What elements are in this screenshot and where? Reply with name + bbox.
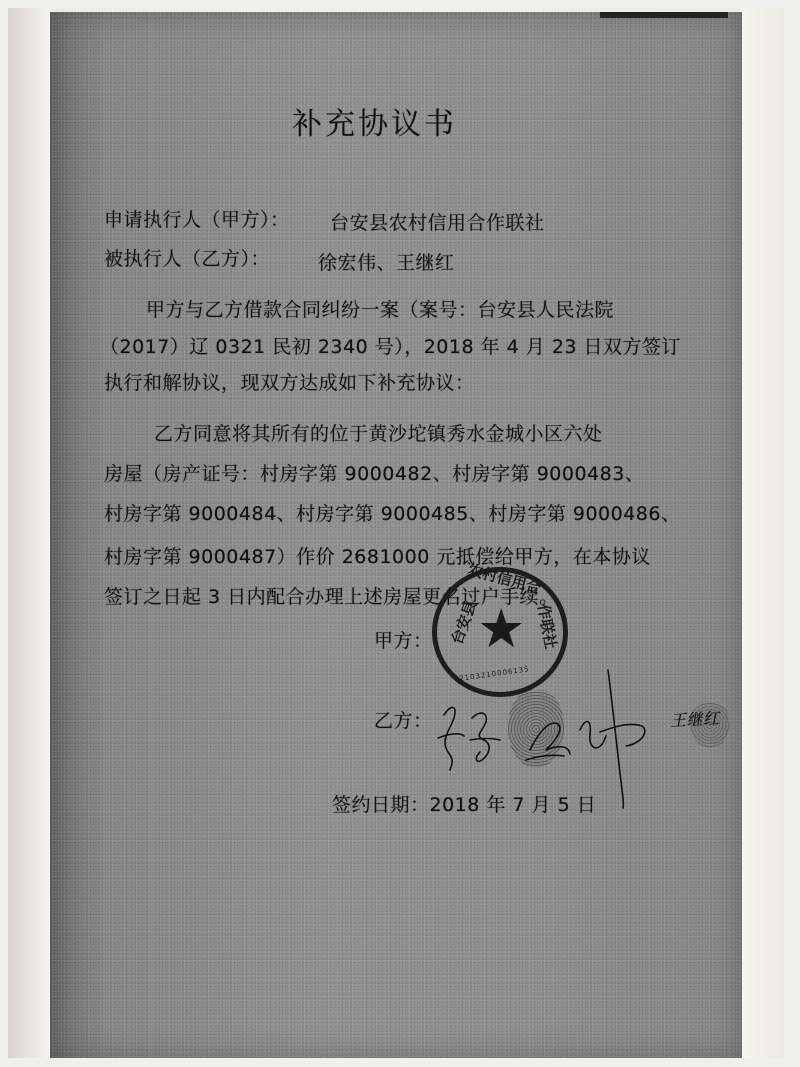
paragraph2-line3: 村房字第 9000484、村房字第 9000485、村房字第 9000486、: [104, 505, 680, 524]
party-a-label: 甲方：: [374, 632, 433, 651]
copy-streak: [150, 12, 151, 1058]
respondent-label: 被执行人（乙方）：: [104, 250, 270, 269]
applicant-label: 申请执行人（甲方）：: [104, 211, 290, 230]
signature-wang-jihong: 王继红: [670, 711, 720, 730]
copy-edge-band: [600, 12, 728, 18]
paragraph1-line3: 执行和解协议，现双方达成如下补充协议：: [104, 374, 475, 393]
paragraph1-line2: （2017）辽 0321 民初 2340 号），2018 年 4 月 23 日双…: [100, 338, 681, 357]
page-edge-right: [740, 8, 784, 1058]
page-edge-left: [8, 8, 50, 1058]
fingerprint-1: [508, 690, 564, 768]
paragraph2-line2: 房屋（房产证号：村房字第 9000482、村房字第 9000483、: [104, 465, 644, 484]
paragraph2-line1: 乙方同意将其所有的位于黄沙坨镇秀水金城小区六处: [154, 425, 603, 444]
seal-code: 2103210006135: [459, 665, 530, 683]
copy-streak: [530, 12, 531, 1058]
paragraph2-line4: 村房字第 9000487）作价 2681000 元抵偿给甲方，在本协议: [104, 548, 651, 567]
applicant-value: 台安县农村信用合作联社: [330, 214, 545, 233]
respondent-value: 徐宏伟、王继红: [318, 254, 455, 273]
document-title: 补充协议书: [292, 110, 457, 140]
star-icon: ★: [477, 602, 525, 656]
paragraph1-line1: 甲方与乙方借款合同纠纷一案（案号：台安县人民法院: [146, 301, 614, 320]
seal-text-right: 作联社: [533, 603, 561, 651]
seal-text-left: 台安县: [446, 598, 481, 647]
sign-date: 签约日期：2018 年 7 月 5 日: [332, 796, 596, 815]
party-b-label: 乙方：: [374, 712, 433, 731]
official-seal: ★ 台安县 农村信用合 作联社 2103210006135: [432, 567, 568, 697]
photocopied-sheet: [50, 12, 742, 1058]
